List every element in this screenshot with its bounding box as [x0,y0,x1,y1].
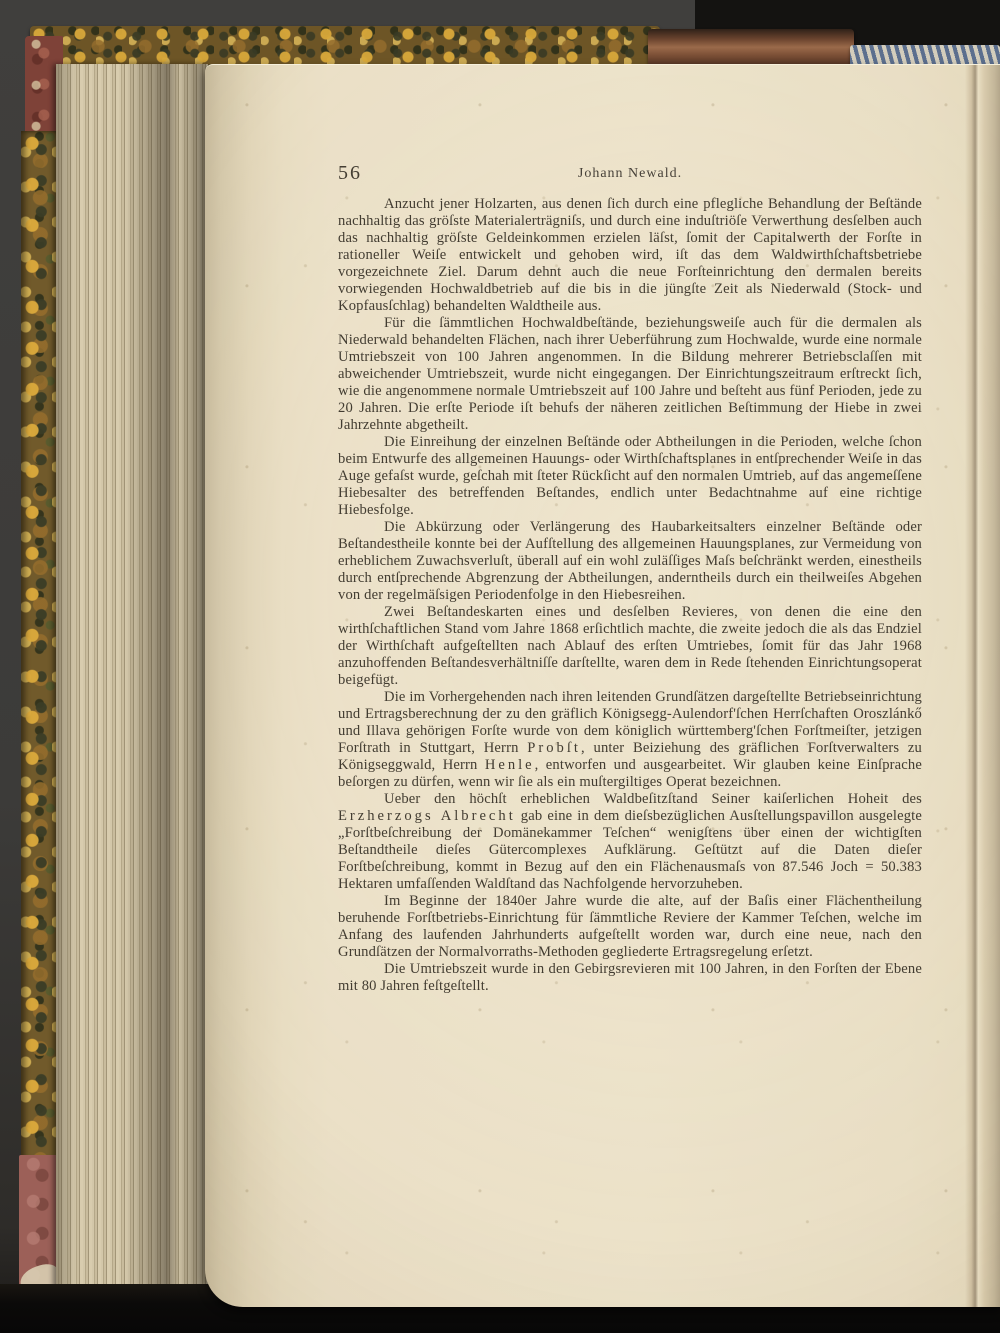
paragraph-7: Ueber den höchſt erheblichen Waldbeſitzſ… [338,791,922,893]
book-scan-photo: 56 Johann Newald. Anzucht jener Holzarte… [0,0,1000,1333]
text-run: Die Einreihung der einzelnen Beſtände od… [338,434,922,518]
page-body-text: Anzucht jener Holzarten, aus denen ſich … [338,196,922,995]
book-top-edge-leather [648,29,854,67]
spaced-name-probst: Probſt [527,740,581,756]
book-page: 56 Johann Newald. Anzucht jener Holzarte… [205,64,1000,1307]
text-run: Die Abkürzung oder Verlängerung des Haub… [338,519,922,603]
page-stack-fore-edge [56,64,208,1292]
paragraph-5: Zwei Beſtandeskarten eines und desſelben… [338,604,922,689]
text-run: Die Umtriebszeit wurde in den Gebirgsrev… [338,961,922,994]
text-run: Für die ſämmtlichen Hochwaldbeſtände, be… [338,315,922,433]
page-gutter-fold [965,65,1000,1307]
paragraph-8: Im Beginne der 1840er Jahre wurde die al… [338,893,922,961]
spaced-name-erzherzog-albrecht: Erzherzogs Albrecht [338,808,516,824]
text-run: Im Beginne der 1840er Jahre wurde die al… [338,893,922,960]
paragraph-6: Die im Vorhergehenden nach ihren leitend… [338,689,922,791]
text-run: Ueber den höchſt erheblichen Waldbeſitzſ… [384,791,922,807]
book-top-edge-marbled [30,26,660,66]
paragraph-4: Die Abkürzung oder Verlängerung des Haub… [338,519,922,604]
text-run: Anzucht jener Holzarten, aus denen ſich … [338,196,922,314]
paragraph-1: Anzucht jener Holzarten, aus denen ſich … [338,196,922,315]
paragraph-2: Für die ſämmtlichen Hochwaldbeſtände, be… [338,315,922,434]
paragraph-9: Die Umtriebszeit wurde in den Gebirgsrev… [338,961,922,995]
paragraph-3: Die Einreihung der einzelnen Beſtände od… [338,434,922,519]
running-header: Johann Newald. [338,166,922,182]
spaced-name-henle: Henle [485,757,535,773]
text-run: Zwei Beſtandeskarten eines und desſelben… [338,604,922,688]
